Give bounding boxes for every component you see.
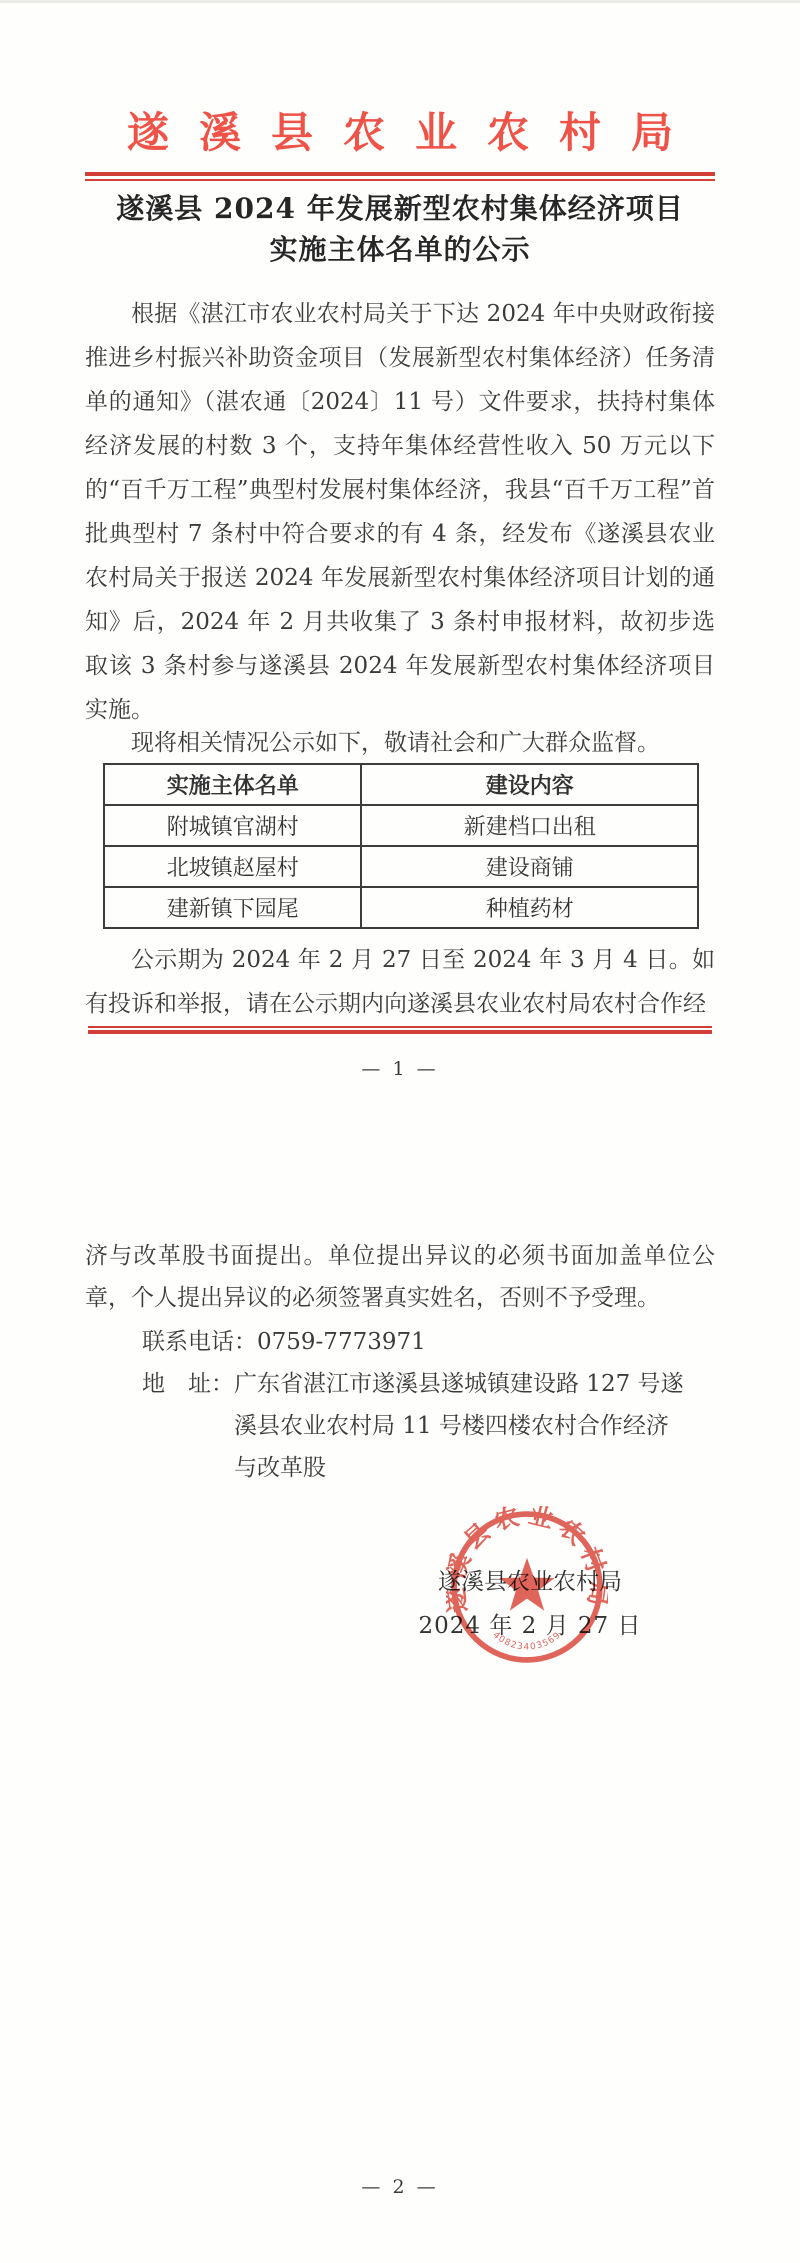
footer-divider-thin-line — [88, 1026, 712, 1028]
table-header-entity: 实施主体名单 — [104, 764, 361, 805]
address-line: 广东省湛江市遂溪县遂城镇建设路 127 号遂 — [234, 1363, 684, 1405]
paragraph-announcement-intro: 现将相关情况公示如下，敬请社会和广大群众监督。 — [85, 721, 715, 765]
address-block: 地 址： 广东省湛江市遂溪县遂城镇建设路 127 号遂 溪县农业农村局 11 号… — [85, 1363, 715, 1489]
table-row: 建新镇下园尾 种植药材 — [104, 887, 698, 928]
letterhead-divider-thick-line — [85, 172, 715, 176]
table-cell-entity: 建新镇下园尾 — [104, 887, 361, 928]
table-header-content: 建设内容 — [361, 764, 698, 805]
signature-date: 2024 年 2 月 27 日 — [418, 1607, 642, 1640]
document-title-line2: 实施主体名单的公示 — [0, 229, 800, 270]
contact-line: 联系电话：0759-7773971 — [85, 1321, 715, 1363]
letterhead-divider — [85, 172, 715, 181]
table-cell-content: 建设商铺 — [361, 846, 698, 887]
page-number-2: — 2 — — [0, 2176, 800, 2198]
contact-label: 联系电话： — [142, 1329, 257, 1355]
address-lines: 广东省湛江市遂溪县遂城镇建设路 127 号遂 溪县农业农村局 11 号楼四楼农村… — [234, 1363, 684, 1489]
scanned-official-document: 遂溪县农业农村局 遂溪县 2024 年发展新型农村集体经济项目 实施主体名单的公… — [0, 0, 800, 2263]
address-label: 地 址： — [142, 1363, 234, 1405]
scan-edge-artifact — [0, 0, 800, 3]
document-title: 遂溪县 2024 年发展新型农村集体经济项目 实施主体名单的公示 — [0, 188, 800, 270]
paragraph-policy-basis: 根据《湛江市农业农村局关于下达 2024 年中央财政衔接推进乡村振兴补助资金项目… — [85, 292, 715, 732]
paragraph-publicity-period: 公示期为 2024 年 2 月 27 日至 2024 年 3 月 4 日。如有投… — [85, 938, 715, 1026]
paragraph-objection-rules: 济与改革股书面提出。单位提出异议的必须书面加盖单位公章，个人提出异议的必须签署真… — [85, 1235, 715, 1319]
letterhead-divider-thin-line — [85, 179, 715, 181]
table-header-row: 实施主体名单 建设内容 — [104, 764, 698, 805]
contact-phone: 0759-7773971 — [257, 1329, 426, 1355]
address-line: 溪县农业农村局 11 号楼四楼农村合作经济 — [234, 1405, 684, 1447]
table-row: 附城镇官湖村 新建档口出租 — [104, 805, 698, 846]
table-row: 北坡镇赵屋村 建设商铺 — [104, 846, 698, 887]
seal-ring-text: 遂溪县农业农村局 — [446, 1506, 608, 1614]
table-cell-content: 新建档口出租 — [361, 805, 698, 846]
signature-org-name: 遂溪县农业农村局 — [418, 1563, 642, 1596]
page1-footer-divider — [88, 1026, 712, 1034]
footer-divider-thick-line — [88, 1030, 712, 1034]
table-cell-entity: 北坡镇赵屋村 — [104, 846, 361, 887]
document-title-line1: 遂溪县 2024 年发展新型农村集体经济项目 — [0, 188, 800, 229]
address-line: 与改革股 — [234, 1447, 684, 1489]
svg-text:遂溪县农业农村局: 遂溪县农业农村局 — [446, 1506, 608, 1614]
table-cell-entity: 附城镇官湖村 — [104, 805, 361, 846]
letterhead-org-title: 遂溪县农业农村局 — [0, 100, 800, 160]
table-cell-content: 种植药材 — [361, 887, 698, 928]
page-number-1: — 1 — — [0, 1058, 800, 1080]
implementation-entities-table: 实施主体名单 建设内容 附城镇官湖村 新建档口出租 北坡镇赵屋村 建设商铺 建新… — [103, 763, 699, 929]
